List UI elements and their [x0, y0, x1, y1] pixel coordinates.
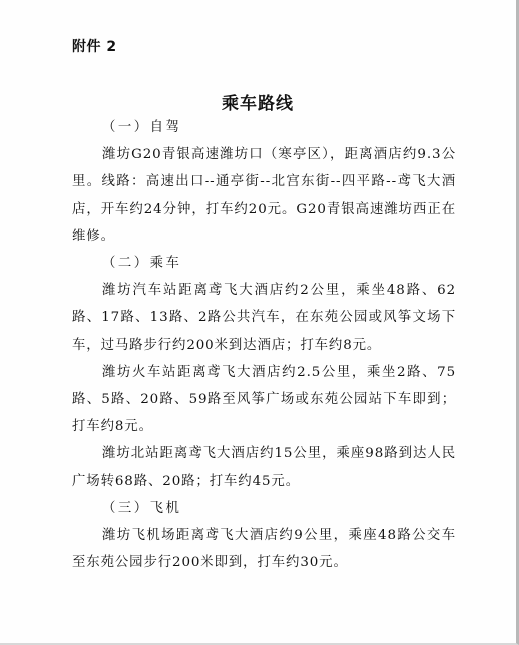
paragraph-airport: 潍坊飞机场距离鸢飞大酒店约9公里，乘座48路公交车至东苑公园步行200米即到，打…	[72, 522, 456, 576]
paragraph-train-station: 潍坊火车站距离鸢飞大酒店约2.5公里，乘坐2路、75路、5路、20路、59路至风…	[72, 359, 456, 441]
section-heading-self-drive: （一）自驾	[72, 114, 456, 141]
page-title: 乘车路线	[0, 89, 516, 114]
attachment-label: 附件 2	[72, 36, 117, 56]
paragraph-bus-station: 潍坊汽车站距离鸢飞大酒店约2公里，乘坐48路、62路、17路、13路、2路公共汽…	[72, 277, 456, 359]
paragraph-self-drive: 潍坊G20青银高速潍坊口（寒亭区），距离酒店约9.3公里。线路：高速出口--通亭…	[72, 141, 456, 250]
document-page: 附件 2 乘车路线 （一）自驾 潍坊G20青银高速潍坊口（寒亭区），距离酒店约9…	[0, 0, 519, 645]
section-heading-bus: （二）乘车	[72, 250, 456, 277]
document-body: （一）自驾 潍坊G20青银高速潍坊口（寒亭区），距离酒店约9.3公里。线路：高速…	[72, 114, 456, 576]
section-heading-airplane: （三）飞机	[72, 495, 456, 522]
paragraph-north-station: 潍坊北站距离鸢飞大酒店约15公里，乘座98路到达人民广场转68路、20路；打车约…	[72, 440, 456, 494]
